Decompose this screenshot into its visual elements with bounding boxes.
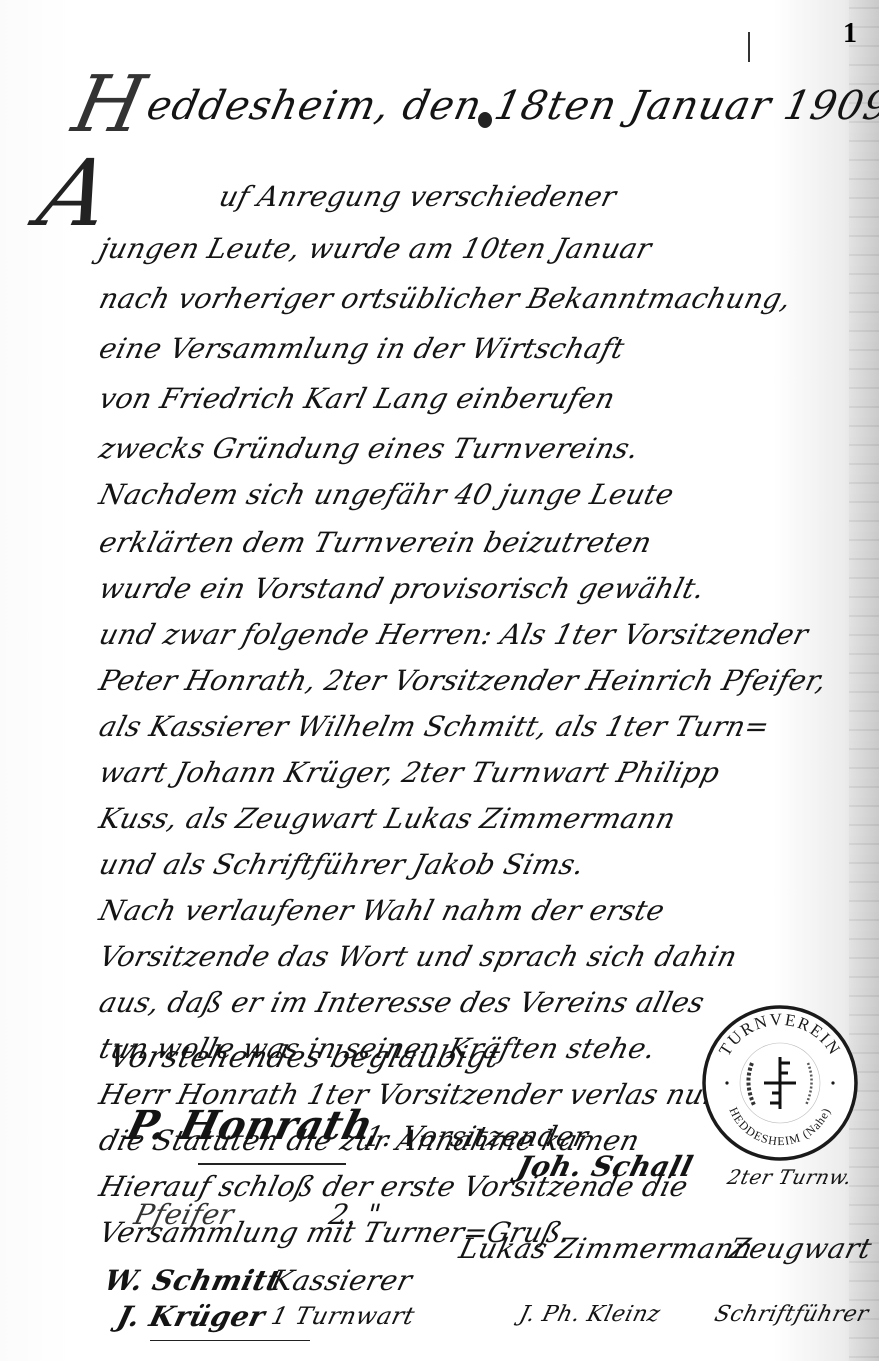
- signature-name: W. Schmitt: [101, 1264, 285, 1297]
- minutes-line: nach vorheriger ortsüblicher Bekanntmach…: [96, 282, 795, 315]
- heading-text: eddesheim, den 18ten Januar 1909.: [143, 83, 879, 129]
- minutes-line: jungen Leute, wurde am 10ten Januar: [96, 232, 655, 265]
- minutes-line: zwecks Gründung eines Turnvereins.: [96, 432, 642, 465]
- minutes-line: erklärten dem Turnverein beizutreten: [96, 526, 655, 559]
- minutes-line: als Kassierer Wilhelm Schmitt, als 1ter …: [96, 710, 773, 743]
- signature-name: Lukas Zimmermann: [456, 1232, 757, 1265]
- signature-name: P. Honrath: [122, 1102, 378, 1149]
- signature-underline: [198, 1163, 346, 1165]
- minutes-line: und zwar folgende Herren: Als 1ter Vorsi…: [96, 618, 812, 651]
- minutes-line: Nachdem sich ungefähr 40 junge Leute: [96, 478, 677, 511]
- page-number: 1: [843, 18, 857, 50]
- minutes-line: wurde ein Vorstand provisorisch gewählt.: [96, 572, 708, 605]
- place-date-heading: Heddesheim, den 18ten Januar 1909.: [65, 60, 879, 150]
- signature-name: J. Ph. Kleinz: [517, 1302, 663, 1327]
- minutes-line: uf Anregung verschiedener: [216, 180, 620, 213]
- minutes-line: eine Versammlung in der Wirtschaft: [96, 332, 628, 365]
- pencil-mark: [748, 32, 750, 62]
- minutes-line: Nach verlaufener Wahl nahm der erste: [96, 894, 668, 927]
- minutes-line: von Friedrich Karl Lang einberufen: [96, 382, 619, 415]
- certification-label: Vorstehendes beglaubigt: [106, 1040, 504, 1075]
- signature-role: 1 Turnwart: [269, 1302, 418, 1330]
- minutes-line: Peter Honrath, 2ter Vorsitzender Heinric…: [96, 664, 830, 697]
- signature-role: Schriftführer: [712, 1302, 871, 1327]
- signature-underline: [150, 1340, 310, 1341]
- turnverein-seal: TURNVEREIN HEDDESHEIM (Nahe): [700, 1003, 860, 1163]
- signature-name: Joh. Schall: [514, 1150, 697, 1183]
- signature-name: J. Krüger: [114, 1300, 269, 1333]
- signature-role: Zeugwart: [726, 1232, 876, 1265]
- signature-name: Pfeifer: [131, 1198, 238, 1231]
- signature-role: 2. ": [326, 1198, 385, 1231]
- signature-role: 2ter Turnw.: [725, 1165, 855, 1189]
- minutes-line: aus, daß er im Interesse des Vereins all…: [96, 986, 708, 1019]
- minutes-line: wart Johann Krüger, 2ter Turnwart Philip…: [96, 756, 723, 789]
- minutes-line: Vorsitzende das Wort und sprach sich dah…: [96, 940, 741, 973]
- signature-role: Kassierer: [268, 1264, 416, 1297]
- minutes-line: und als Schriftführer Jakob Sims.: [96, 848, 588, 881]
- seal-stamp-icon: TURNVEREIN HEDDESHEIM (Nahe): [700, 1003, 860, 1163]
- minutes-line: Kuss, als Zeugwart Lukas Zimmermann: [96, 802, 679, 835]
- signature-role: 1. Vorsitzender: [361, 1120, 592, 1153]
